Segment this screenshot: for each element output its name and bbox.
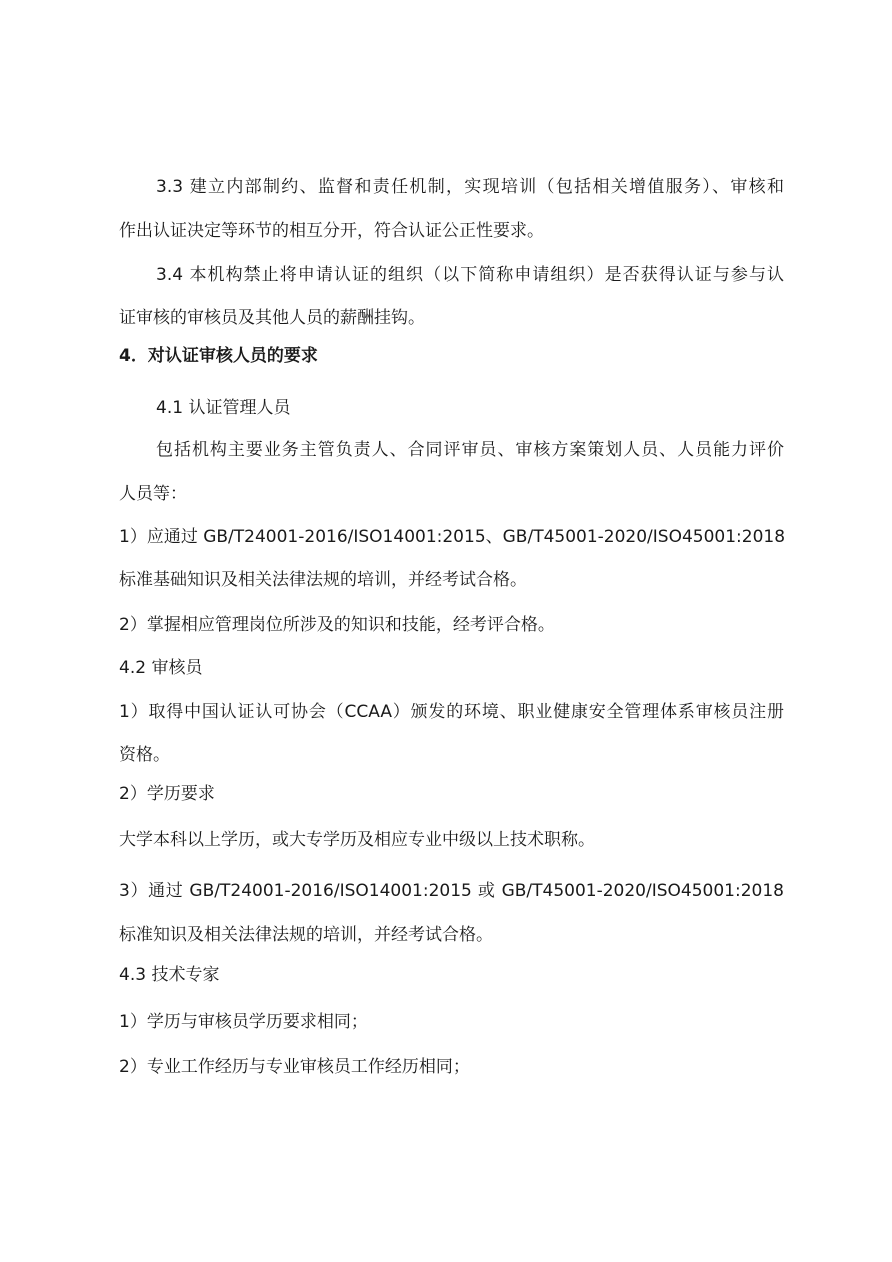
- list-item-4-1-1-line-2: 标准基础知识及相关法律法规的培训，并经考试合格。: [119, 568, 784, 592]
- list-item-4-2-1-line-2: 资格。: [119, 743, 784, 767]
- paragraph-3-4-line-1: 3.4 本机构禁止将申请认证的组织（以下简称申请组织）是否获得认证与参与认: [156, 263, 784, 287]
- list-item-4-2-2-detail: 大学本科以上学历，或大专学历及相应专业中级以上技术职称。: [119, 828, 784, 852]
- list-item-4-3-1: 1）学历与审核员学历要求相同；: [119, 1010, 784, 1034]
- list-item-4-2-3-line-2: 标准知识及相关法律法规的培训，并经考试合格。: [119, 923, 784, 947]
- document-page: 3.3 建立内部制约、监督和责任机制，实现培训（包括相关增值服务）、审核和 作出…: [0, 0, 892, 1262]
- subsection-heading-4-1: 4.1 认证管理人员: [156, 396, 784, 420]
- paragraph-4-1-line-1: 包括机构主要业务主管负责人、合同评审员、审核方案策划人员、人员能力评价: [156, 438, 784, 462]
- paragraph-3-3-line-1: 3.3 建立内部制约、监督和责任机制，实现培训（包括相关增值服务）、审核和: [156, 175, 784, 199]
- paragraph-4-1-line-2: 人员等：: [119, 482, 784, 506]
- list-item-4-2-2: 2）学历要求: [119, 782, 784, 806]
- subsection-heading-4-3: 4.3 技术专家: [119, 963, 784, 987]
- paragraph-3-4-line-2: 证审核的审核员及其他人员的薪酬挂钩。: [119, 306, 784, 330]
- list-item-4-3-2: 2）专业工作经历与专业审核员工作经历相同；: [119, 1055, 784, 1079]
- list-item-4-1-1-line-1: 1）应通过 GB/T24001-2016/ISO14001:2015、GB/T4…: [119, 525, 784, 549]
- paragraph-3-3-line-2: 作出认证决定等环节的相互分开，符合认证公正性要求。: [119, 219, 784, 243]
- list-item-4-1-2: 2）掌握相应管理岗位所涉及的知识和技能，经考评合格。: [119, 613, 784, 637]
- subsection-heading-4-2: 4.2 审核员: [119, 656, 784, 680]
- section-heading-4: 4．对认证审核人员的要求: [119, 344, 784, 368]
- list-item-4-2-1-line-1: 1）取得中国认证认可协会（CCAA）颁发的环境、职业健康安全管理体系审核员注册: [119, 700, 784, 724]
- list-item-4-2-3-line-1: 3）通过 GB/T24001-2016/ISO14001:2015 或 GB/T…: [119, 879, 784, 903]
